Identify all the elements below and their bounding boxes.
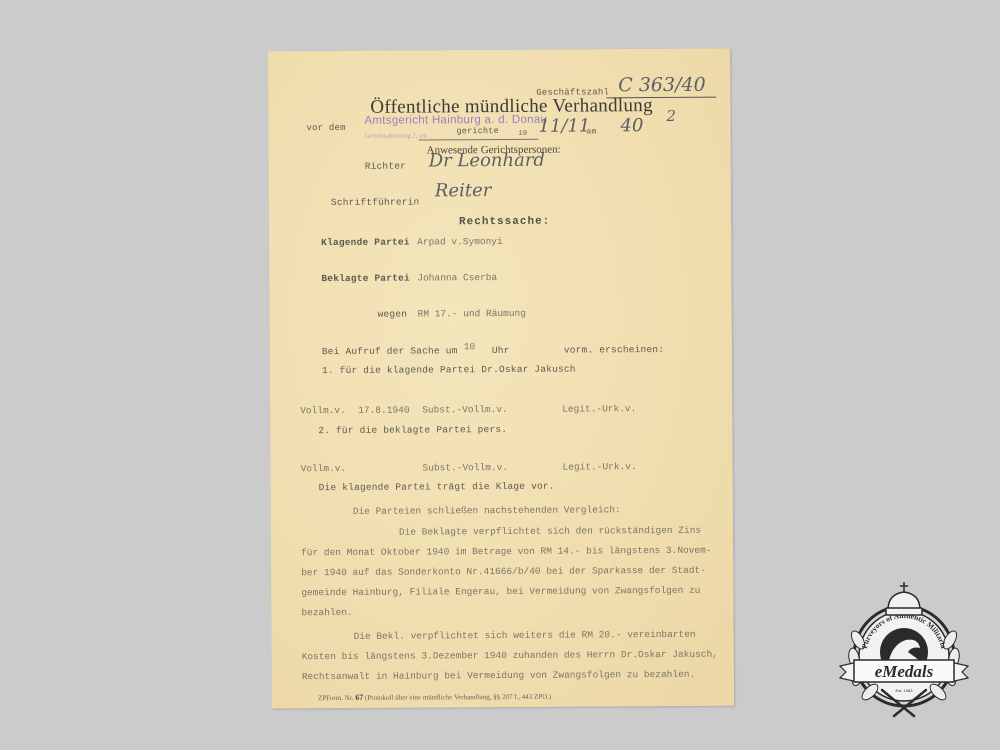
gerichte-label: gerichte [456, 126, 498, 136]
klagende-value: Arpad v.Symonyi [417, 236, 503, 248]
court-document: Geschäftszahl C 363/40 2 Öffentliche mün… [268, 49, 734, 709]
vollm2-label: Vollm.v. [301, 463, 347, 474]
schriftfuehrer-label: Schriftführerin [331, 196, 420, 208]
vollm1-date: 17.8.1940 [358, 405, 409, 416]
para2-line3: Rechtsanwalt in Hainburg bei Vermeidung … [302, 669, 695, 682]
para1-line1: Die Beklagte verpflichtet sich den rücks… [399, 525, 701, 538]
footer-prefix: ZPForm. Nr. [318, 694, 354, 702]
rechtssache-heading: Rechtssache: [459, 216, 550, 229]
beklagte-label: Beklagte Partei [321, 273, 410, 285]
handwritten-number: 2 [666, 107, 676, 125]
aufruf-hour: 10 [464, 341, 475, 352]
wegen-value: RM 17.- und Räumung [418, 308, 526, 320]
klage-vor-line: Die klagende Partei trägt die Klage vor. [319, 481, 555, 493]
handwritten-year: 40 [620, 115, 643, 136]
footer-text: (Protokoll über eine mündliche Verhandlu… [365, 693, 551, 702]
party2-line: 2. für die beklagte Partei pers. [318, 424, 507, 436]
para1-line2: für den Monat Oktober 1940 im Betrage vo… [301, 545, 712, 559]
logo-brand: eMedals [875, 662, 934, 681]
vergleich-intro: Die Parteien schließen nachstehenden Ver… [353, 504, 621, 517]
emedals-badge-icon: Purveyors of Authentic Militaria eMedals… [832, 578, 976, 722]
para1-line5: bezahlen. [301, 607, 352, 618]
year-prefix: 19 [518, 130, 527, 138]
party1-line: 1. für die klagende Partei Dr.Oskar Jaku… [322, 364, 576, 377]
subst1-label: Subst.-Vollm.v. [422, 404, 508, 416]
subst2-label: Subst.-Vollm.v. [423, 462, 509, 474]
legit1-label: Legit.-Urk.v. [562, 403, 636, 414]
court-stamp: Amtsgericht Hainburg a. d. Donau [364, 114, 547, 127]
para2-line2: Kosten bis längstens 3.Dezember 1940 zuh… [302, 649, 718, 663]
para2-line1: Die Bekl. verpflichtet sich weiters die … [354, 629, 696, 642]
klagende-label: Klagende Partei [321, 237, 410, 249]
am-label: am [586, 127, 596, 136]
para1-line4: gemeinde Hainburg, Filiale Engerau, bei … [301, 585, 700, 598]
handwritten-date: 11/11 [538, 115, 590, 136]
para1-line3: ber 1940 auf das Sonderkonto Nr.41666/b/… [301, 565, 706, 578]
vor-dem-label: vor dem [306, 123, 345, 133]
schriftfuehrer-signature: Reiter [435, 180, 492, 201]
geschaeftszahl-handwritten: C 363/40 [618, 74, 706, 97]
legit2-label: Legit.-Urk.v. [563, 461, 637, 472]
logo-est: Est. 1983 [896, 688, 914, 693]
form-footer: ZPForm. Nr. 67 (Protokoll über eine münd… [318, 692, 551, 702]
uhr-label: Uhr [492, 345, 510, 356]
wegen-label: wegen [378, 309, 408, 320]
vollm1-label: Vollm.v. [300, 405, 346, 416]
court-stamp-sub: Gerichtsabteilung 2, am [364, 132, 426, 139]
richter-signature: Dr Leonhard [429, 150, 545, 172]
emedals-logo: Purveyors of Authentic Militaria eMedals… [832, 578, 976, 722]
date-underline [419, 139, 539, 141]
erscheinen-label: vorm. erscheinen: [564, 344, 664, 356]
beklagte-value: Johanna Cserba [417, 272, 497, 283]
footer-number: 67 [355, 693, 363, 702]
richter-label: Richter [365, 161, 406, 172]
aufruf-label: Bei Aufruf der Sache um [322, 345, 458, 357]
